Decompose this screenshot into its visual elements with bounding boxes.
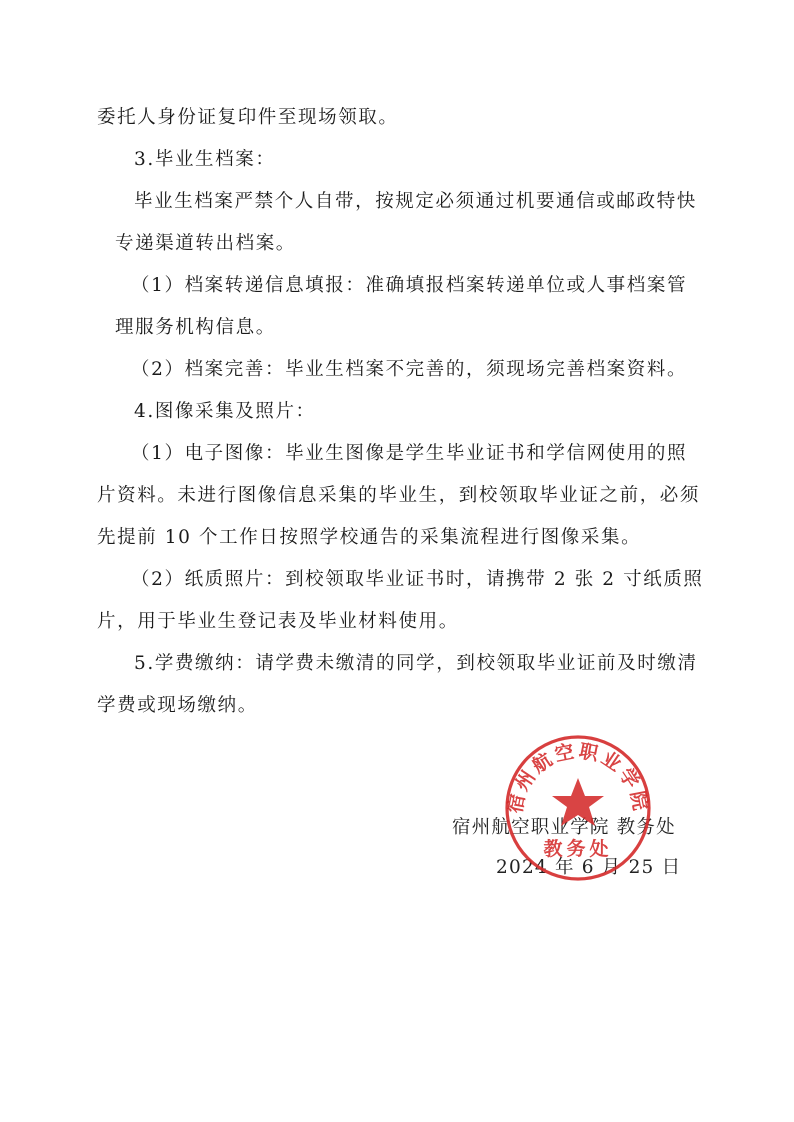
stamp-center-text: 教务处 — [543, 837, 612, 860]
official-seal-stamp: 宿州航空职业学院 教务处 — [503, 733, 653, 883]
paragraph-line: （1）档案转递信息填报：准确填报档案转递单位或人事档案管 — [131, 274, 687, 298]
paragraph-line: 3.毕业生档案： — [134, 148, 275, 172]
paragraph-line: 学费或现场缴纳。 — [97, 694, 258, 718]
paragraph-line: 4.图像采集及照片： — [134, 400, 316, 424]
paragraph-line: 委托人身份证复印件至现场领取。 — [97, 106, 399, 130]
star-icon — [552, 778, 604, 826]
paragraph-line: （2）纸质照片：到校领取毕业证书时，请携带 2 张 2 寸纸质照 — [131, 568, 704, 592]
paragraph-line: （2）档案完善：毕业生档案不完善的，须现场完善档案资料。 — [131, 358, 687, 382]
paragraph-line: （1）电子图像：毕业生图像是学生毕业证书和学信网使用的照 — [131, 442, 687, 466]
paragraph-line: 先提前 10 个工作日按照学校通告的采集流程进行图像采集。 — [97, 526, 641, 550]
paragraph-line: 片，用于毕业生登记表及毕业材料使用。 — [97, 610, 459, 634]
document-page: 委托人身份证复印件至现场领取。3.毕业生档案：毕业生档案严禁个人自带，按规定必须… — [0, 0, 794, 1122]
paragraph-line: 5.学费缴纳：请学费未缴清的同学，到校领取毕业证前及时缴清 — [134, 652, 698, 676]
paragraph-line: 片资料。未进行图像信息采集的毕业生，到校领取毕业证之前，必须 — [97, 484, 700, 508]
paragraph-line: 毕业生档案严禁个人自带，按规定必须通过机要通信或邮政特快 — [134, 190, 697, 214]
paragraph-line: 专递渠道转出档案。 — [115, 232, 296, 256]
paragraph-line: 理服务机构信息。 — [115, 316, 276, 340]
